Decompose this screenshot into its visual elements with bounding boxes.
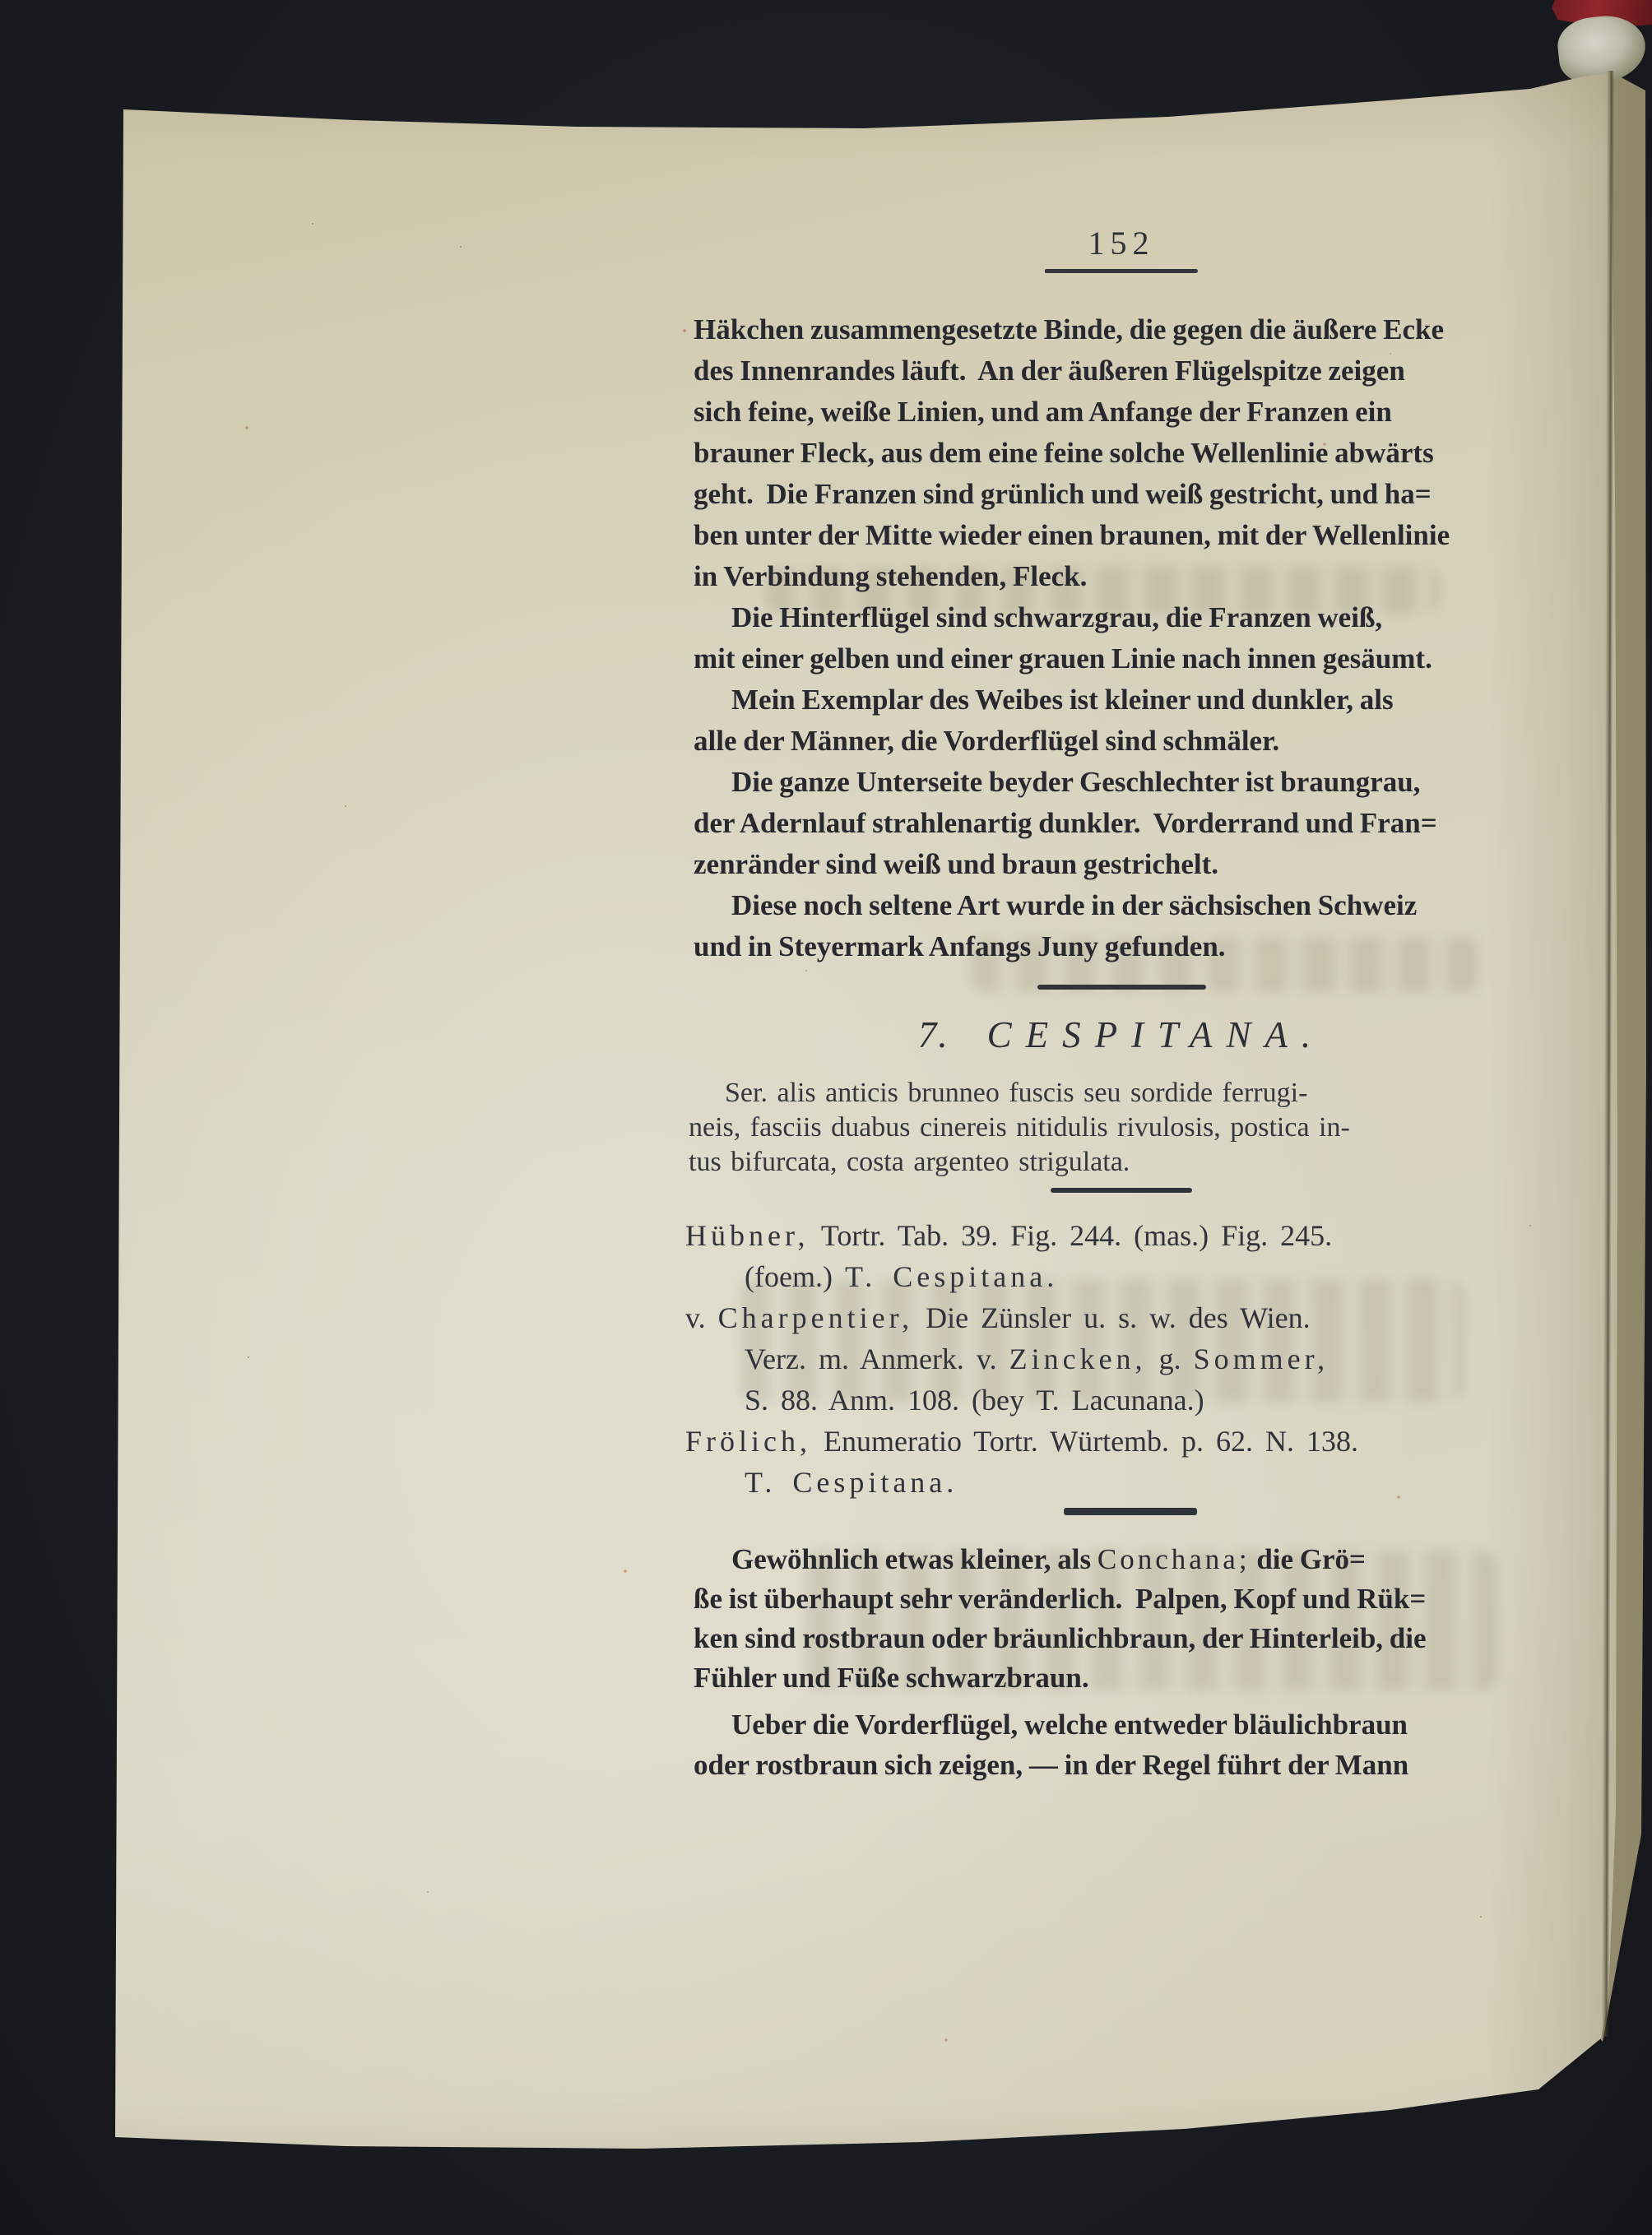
text-line: ße ist überhaupt sehr veränderlich. Palp…	[694, 1579, 1549, 1619]
text-line: mit einer gelben und einer grauen Linie …	[694, 638, 1549, 679]
text-line: zenränder sind weiß und braun gestrichel…	[694, 844, 1549, 885]
author-name: Hübner,	[685, 1219, 810, 1252]
text-line: geht. Die Franzen sind grünlich und weiß…	[694, 474, 1549, 515]
text-line: und in Steyermark Anfangs Juny gefunden.	[694, 926, 1549, 967]
section-divider	[1037, 985, 1206, 990]
paragraph: Gewöhnlich etwas kleiner, als Conchana; …	[694, 1540, 1549, 1698]
species-name: CESPITANA.	[987, 1014, 1325, 1055]
text-line: Ser. alis anticis brunneo fuscis seu sor…	[689, 1076, 1552, 1111]
text-line: Häkchen zusammengesetzte Binde, die gege…	[694, 309, 1549, 350]
reference-entry: Frölich, Enumeratio Tortr. Würtemb. p. 6…	[685, 1421, 1553, 1462]
author-name: Sommer,	[1194, 1342, 1329, 1375]
reference-entry: S. 88. Anm. 108. (bey T. Lacunana.)	[685, 1379, 1553, 1421]
text-line: Mein Exemplar des Weibes ist kleiner und…	[694, 679, 1549, 721]
text-line: Gewöhnlich etwas kleiner, als Conchana; …	[694, 1540, 1549, 1579]
author-name: Charpentier,	[718, 1301, 914, 1334]
paragraph: Diese noch seltene Art wurde in der säch…	[694, 885, 1549, 967]
text-line: in Verbindung stehenden, Fleck.	[694, 556, 1549, 597]
paragraph-continuation: Häkchen zusammengesetzte Binde, die gege…	[694, 309, 1549, 597]
page-content: 152 Häkchen zusammengesetzte Binde, die …	[694, 0, 1549, 2235]
text-line: Diese noch seltene Art wurde in der säch…	[694, 885, 1549, 926]
page-number-rule	[1045, 269, 1198, 273]
text-line: ken sind rostbraun oder bräunlichbraun, …	[694, 1619, 1549, 1658]
text-line: der Adernlauf strahlenartig dunkler. Vor…	[694, 803, 1549, 844]
reference-text: Die Zünsler u. s. w. des Wien.	[913, 1301, 1310, 1334]
paragraph: Mein Exemplar des Weibes ist kleiner und…	[694, 679, 1549, 762]
species-number: 7.	[918, 1014, 949, 1055]
text-line: Die ganze Unterseite beyder Geschlechter…	[694, 762, 1549, 803]
text-line: ben unter der Mitte wieder einen braunen…	[694, 515, 1549, 556]
text-line: des Innenrandes läuft. An der äußeren Fl…	[694, 350, 1549, 392]
scan-background: 152 Häkchen zusammengesetzte Binde, die …	[0, 0, 1652, 2235]
species-heading: 7.CESPITANA.	[694, 1013, 1549, 1056]
text-line: alle der Männer, die Vorderflügel sind s…	[694, 721, 1549, 762]
text-line: neis, fasciis duabus cinereis nitidulis …	[689, 1111, 1552, 1145]
reference-text: v.	[685, 1301, 718, 1334]
reference-entry: v. Charpentier, Die Zünsler u. s. w. des…	[685, 1297, 1553, 1338]
text-line: sich feine, weiße Linien, und am Anfange…	[694, 392, 1549, 433]
reference-text: g.	[1147, 1342, 1194, 1375]
paragraph: Die ganze Unterseite beyder Geschlechter…	[694, 762, 1549, 885]
reference-text: (foem.)	[745, 1260, 845, 1293]
latin-diagnosis: Ser. alis anticis brunneo fuscis seu sor…	[689, 1076, 1552, 1180]
section-divider	[1064, 1508, 1197, 1515]
reference-text: Enumeratio Tortr. Würtemb. p. 62. N. 138…	[811, 1425, 1358, 1458]
reference-entry: Verz. m. Anmerk. v. Zincken, g. Sommer,	[685, 1338, 1553, 1379]
page-number: 152	[694, 224, 1549, 262]
author-name: Zincken,	[1009, 1342, 1147, 1375]
text-run: die Grö=	[1251, 1543, 1366, 1575]
text-line: Die Hinterflügel sind schwarzgrau, die F…	[694, 597, 1549, 638]
section-divider	[1051, 1188, 1192, 1193]
paragraph: Die Hinterflügel sind schwarzgrau, die F…	[694, 597, 1549, 679]
species-citation: T. Cespitana.	[845, 1260, 1058, 1293]
text-line: Ueber die Vorderflügel, welche entweder …	[694, 1704, 1549, 1745]
paragraph: Ueber die Vorderflügel, welche entweder …	[694, 1704, 1549, 1785]
page-header: 152	[694, 224, 1549, 273]
species-citation: T. Cespitana.	[685, 1462, 1553, 1503]
reference-list: Hübner, Tortr. Tab. 39. Fig. 244. (mas.)…	[685, 1215, 1553, 1503]
reference-entry: Hübner, Tortr. Tab. 39. Fig. 244. (mas.)…	[685, 1215, 1553, 1256]
reference-entry: (foem.) T. Cespitana.	[685, 1256, 1553, 1297]
species-mention: Conchana;	[1097, 1543, 1251, 1575]
text-line: Fühler und Füße schwarzbraun.	[694, 1658, 1549, 1698]
text-run: Gewöhnlich etwas kleiner, als	[731, 1543, 1097, 1575]
text-line: tus bifurcata, costa argenteo strigulata…	[689, 1145, 1552, 1180]
text-line: oder rostbraun sich zeigen, — in der Reg…	[694, 1745, 1549, 1785]
author-name: Frölich,	[685, 1425, 811, 1458]
reference-text: Verz. m. Anmerk. v.	[745, 1342, 1009, 1375]
reference-text: Tortr. Tab. 39. Fig. 244. (mas.) Fig. 24…	[810, 1219, 1333, 1252]
text-line: brauner Fleck, aus dem eine feine solche…	[694, 433, 1549, 474]
